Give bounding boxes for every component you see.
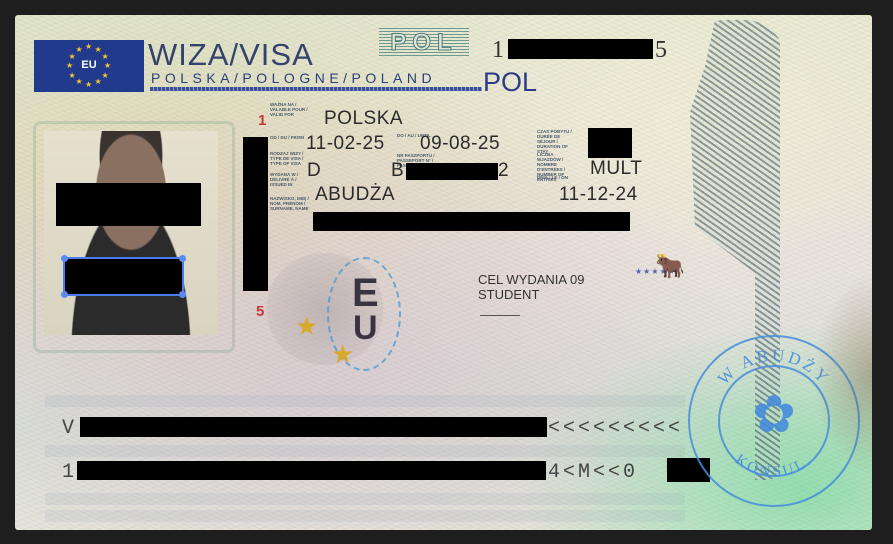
eu-star-icon: ★ [95,78,102,86]
eu-star-icon: ★ [76,78,83,86]
value-issued-in: ABUDŻA [315,184,395,206]
label-issued-in: WYDANA W / DÉLIVRÉ À / ISSUED IN [270,172,310,187]
eu-star-icon: ★ [101,72,108,80]
resize-handle-bottom-right[interactable] [179,291,186,298]
side-number-top: 1 [258,112,266,129]
label-type-of-visa: RODZAJ WIZY / TYPE DE VISA / TYPE OF VIS… [270,151,310,166]
seal-letter-e: E [352,273,379,313]
eu-star-icon: ★ [66,62,73,70]
value-issued-on: 11-12-24 [559,184,638,206]
label-issued-on: DNIA / LE / ON [537,175,577,180]
resize-handle-top-left[interactable] [61,255,68,262]
mrz-ghost-line [45,510,685,522]
holder-photo [44,131,218,335]
eu-security-seal: ★ ★ E U [265,253,425,373]
eu-flag: EU ★★★★★★★★★★★★ [34,40,144,92]
visa-image-canvas[interactable]: EU ★★★★★★★★★★★★ WIZA/VISA POLSKA/POLOGNE… [15,15,872,530]
redaction-box-serial[interactable] [508,39,653,59]
mrz-ghost-line [45,493,685,505]
resize-handle-top-right[interactable] [179,255,186,262]
seal-letter-u: U [353,311,378,345]
label-from: OD / DU / FROM [270,135,310,140]
redaction-box-name[interactable] [313,212,630,231]
gold-star-icon: ★ [295,311,318,342]
remarks: CEL WYDANIA 09 STUDENT [478,272,584,302]
redaction-box-eyes[interactable] [56,183,201,226]
mrz-ghost-line [45,395,685,407]
label-valid-for: WAŻNA NA / VALABLE POUR / VALID FOR [270,102,310,117]
serial-prefix: 1 [492,37,504,64]
mrz-line1-prefix: V [62,417,77,440]
mrz-line1-suffix: <<<<<<<<< [548,417,683,440]
eu-star-icon: ★ [69,72,76,80]
purpose-line: CEL WYDANIA 09 [478,272,584,287]
visa-subtitle: POLSKA/POLOGNE/POLAND [151,70,436,86]
eu-star-icon: ★ [69,53,76,61]
eu-star-icon: ★ [104,62,111,70]
value-until: 09-08-25 [420,133,500,155]
eu-star-icon: ★ [101,53,108,61]
value-valid-for: POLSKA [324,108,403,130]
value-from: 11-02-25 [306,133,385,155]
redaction-box-mrz-line2[interactable] [77,461,546,480]
resize-handle-bottom-left[interactable] [61,291,68,298]
redaction-box-mouth[interactable] [65,259,182,294]
redaction-box-duration[interactable] [588,128,632,158]
label-surname-name: NAZWISKO, IMIĘ / NOM, PRÉNOM / SURNAME, … [270,196,310,211]
redaction-box-mrz-line1[interactable] [80,417,547,437]
redaction-box-passport[interactable] [406,163,498,180]
eu-star-icon: ★ [85,43,92,51]
eu-star-icon: ★ [85,81,92,89]
value-passport-prefix: B [391,160,404,182]
value-type-of-visa: D [307,160,321,182]
purpose-value: STUDENT [478,287,584,302]
eu-star-icon: ★ [76,46,83,54]
value-passport-suffix: 2 [498,160,509,182]
serial-suffix: 5 [655,37,667,64]
gold-star-icon: ★ [331,339,354,370]
remarks-underline [480,315,520,316]
mrz-ghost-line [45,445,685,457]
finger-shadow [812,275,872,475]
side-number-bottom: 5 [256,303,264,320]
label-duration-of-stay: CZAS POBYTU / DURÉE DE SÉJOUR / DURATION… [537,129,577,154]
eu-stars-ring-icon: EU ★★★★★★★★★★★★ [66,43,112,89]
mrz-line2-suffix: 4<M<<0 [548,461,638,484]
value-number-of-entries: MULT [590,158,642,180]
visa-title: WIZA/VISA [148,37,314,73]
bison-icon: 🐂 [655,252,685,281]
mrz-line2-prefix: 1 [62,461,77,484]
country-code: POL [483,67,537,98]
microprint-line [150,87,482,91]
country-plate: POL [379,28,469,58]
